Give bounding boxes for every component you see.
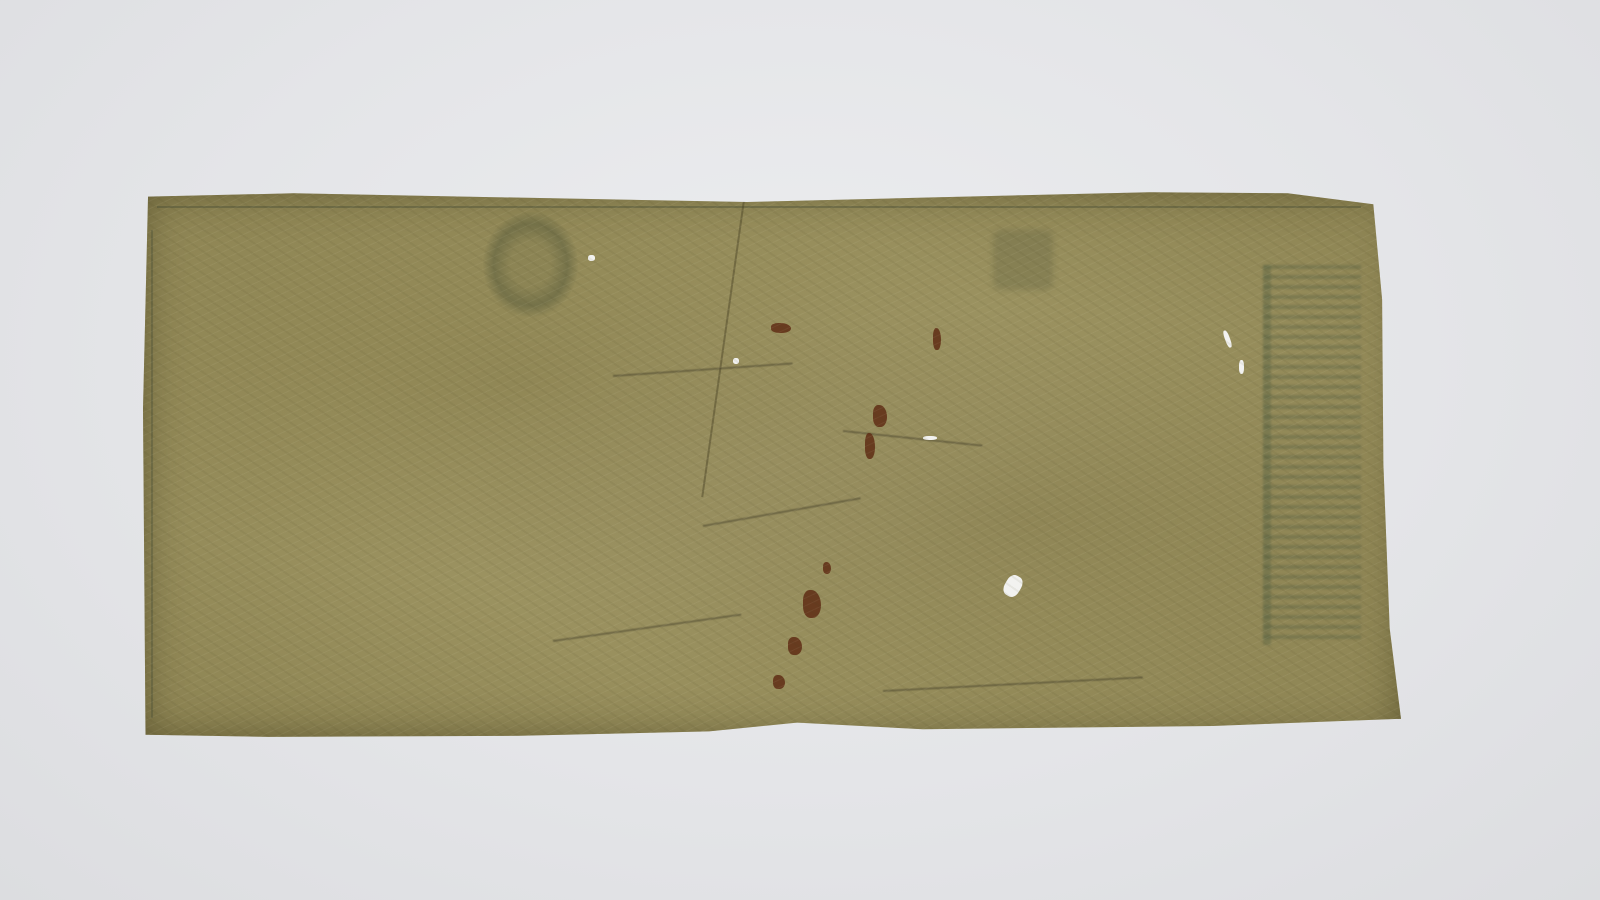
handwriting-stroke — [613, 362, 793, 377]
top-border-line — [157, 206, 1361, 208]
handwriting-stroke — [703, 497, 861, 527]
rust-stain — [773, 675, 785, 689]
paper-hole — [1239, 360, 1244, 374]
rust-stain — [873, 405, 887, 427]
left-border-line — [151, 230, 153, 718]
paper-hole — [1222, 330, 1233, 349]
rust-stain — [865, 433, 875, 459]
ghost-print-mark — [993, 230, 1053, 290]
handwriting-stroke — [553, 614, 741, 642]
paper-hole — [1001, 572, 1026, 599]
handwriting-stroke — [883, 676, 1143, 692]
handwriting-stroke — [843, 430, 982, 447]
paper-hole — [923, 436, 937, 440]
rust-stain — [788, 637, 802, 655]
rust-stain — [803, 590, 821, 618]
paper-hole — [588, 255, 595, 261]
paper-hole — [733, 358, 739, 364]
rust-stain — [823, 562, 831, 574]
denomination-oval-impression — [483, 212, 578, 317]
rust-stain — [933, 328, 941, 350]
vertical-crease — [701, 200, 745, 497]
banknote — [143, 190, 1401, 738]
side-panel-bleedthrough — [1263, 265, 1361, 645]
rust-stain — [771, 323, 791, 333]
